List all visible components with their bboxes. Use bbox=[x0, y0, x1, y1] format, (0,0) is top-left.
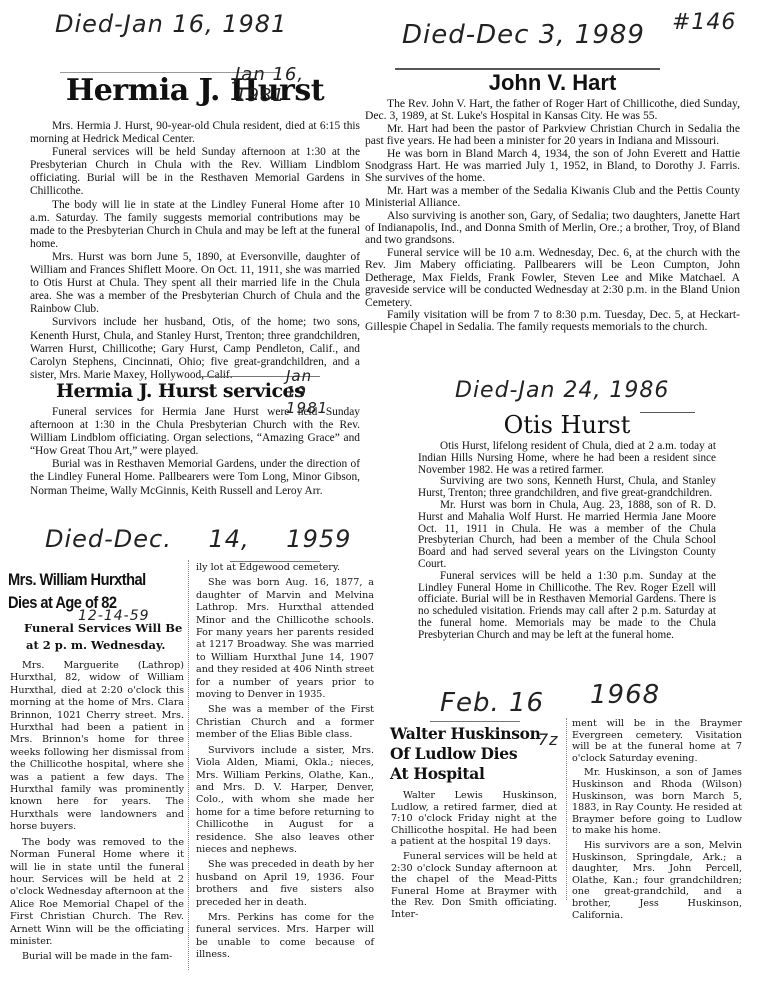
paragraph: Otis Hurst, lifelong resident of Chula, … bbox=[418, 441, 716, 476]
paragraph: Mrs. Hurst was born June 5, 1890, at Eve… bbox=[30, 251, 360, 316]
paragraph: His survivors are a son, Melvin Huskinso… bbox=[572, 840, 742, 921]
paragraph: Surviving are two sons, Kenneth Hurst, C… bbox=[418, 476, 716, 500]
paragraph: Burial will be made in the fam- bbox=[10, 951, 184, 963]
paragraph: Mr. Hurst was born in Chula, Aug. 23, 18… bbox=[418, 500, 716, 571]
obituary-huskinson: Walter Huskinson Of Ludlow Dies At Hospi… bbox=[390, 724, 560, 784]
article-column-2: ily lot at Edgewood cemetery. She was bo… bbox=[196, 562, 374, 965]
obituary-hermia-hurst: Hermia J. Hurst Jan 16, 1981 Mrs. Hermia… bbox=[30, 70, 360, 382]
article-body: Funeral services for Hermia Jane Hurst w… bbox=[30, 406, 360, 498]
paragraph: The body will lie in state at the Lindle… bbox=[30, 199, 360, 251]
headline-line-1: Walter Huskinson bbox=[390, 724, 560, 744]
paragraph: ment will be in the Braymer Evergreen ce… bbox=[572, 718, 742, 764]
paragraph: She was born Aug. 16, 1877, a daughter o… bbox=[196, 577, 374, 701]
headline: Otis Hurst bbox=[418, 410, 716, 440]
handwritten-date: Died-Jan 16, 1981 bbox=[55, 10, 287, 38]
obituary-otis-hurst: Otis Hurst Otis Hurst, lifelong resident… bbox=[418, 410, 716, 642]
paragraph: Mrs. Marguerite (Lathrop) Hurxthal, 82, … bbox=[10, 660, 184, 834]
obituary-hurxthal: Mrs. William Hurxthal Dies at Age of 82 … bbox=[8, 568, 188, 654]
subhead-line-2: at 2 p. m. Wednesday. bbox=[8, 637, 188, 654]
handwritten-date: Feb. 16 bbox=[440, 688, 544, 718]
paragraph: The Rev. John V. Hart, the father of Rog… bbox=[365, 98, 740, 123]
divider bbox=[430, 721, 520, 722]
paragraph: She was preceded in death by her husband… bbox=[196, 859, 374, 909]
margin-note: 12-14-59 bbox=[78, 608, 150, 624]
paragraph: Funeral services will be held at 2:30 o'… bbox=[391, 851, 557, 921]
article-column-2: ment will be in the Braymer Evergreen ce… bbox=[572, 718, 742, 924]
paragraph: Also surviving is another son, Gary, of … bbox=[365, 210, 740, 247]
headline: John V. Hart bbox=[365, 70, 740, 96]
article-body: Mrs. Hermia J. Hurst, 90-year-old Chula … bbox=[30, 120, 360, 382]
headline-line-3: At Hospital bbox=[390, 764, 560, 784]
column-divider bbox=[188, 560, 189, 970]
paragraph: ily lot at Edgewood cemetery. bbox=[196, 562, 374, 574]
column-divider bbox=[566, 718, 567, 900]
paragraph: Mr. Hart was a member of the Sedalia Kiw… bbox=[365, 185, 740, 210]
obituary-hermia-hurst-services: Hermia J. Hurst services Jan 19 1981 Fun… bbox=[30, 378, 360, 498]
obituary-john-hart: John V. Hart The Rev. John V. Hart, the … bbox=[365, 70, 740, 334]
paragraph: Mrs. Hermia J. Hurst, 90-year-old Chula … bbox=[30, 120, 360, 146]
paragraph: Funeral services will be held a 1:30 p.m… bbox=[418, 571, 716, 642]
article-column-1: Mrs. Marguerite (Lathrop) Hurxthal, 82, … bbox=[10, 660, 184, 967]
margin-note: Jan 19 1981 bbox=[286, 368, 336, 416]
headline-line-1: Mrs. William Hurxthal bbox=[8, 568, 163, 591]
margin-note: 7z bbox=[538, 730, 559, 749]
handwritten-date: Died-Dec 3, 1989 bbox=[402, 20, 645, 50]
handwritten-date: Died-Jan 24, 1986 bbox=[455, 378, 669, 403]
paragraph: Burial was in Resthaven Memorial Gardens… bbox=[30, 458, 360, 497]
page-number-annotation: #146 bbox=[672, 10, 736, 35]
paragraph: She was a member of the First Christian … bbox=[196, 704, 374, 741]
margin-note: Jan 16, 1981 bbox=[235, 64, 360, 106]
paragraph: Mr. Hart had been the pastor of Parkview… bbox=[365, 123, 740, 148]
headline-line-2: Of Ludlow Dies bbox=[390, 744, 560, 764]
paragraph: Funeral service will be 10 a.m. Wednesda… bbox=[365, 247, 740, 309]
paragraph: Funeral services will be held Sunday aft… bbox=[30, 146, 360, 198]
article-body: Otis Hurst, lifelong resident of Chula, … bbox=[418, 441, 716, 642]
handwritten-year: 1968 bbox=[590, 680, 660, 710]
paragraph: Family visitation will be from 7 to 8:30… bbox=[365, 309, 740, 334]
paragraph: Survivors include a sister, Mrs. Viola A… bbox=[196, 745, 374, 857]
paragraph: Mr. Huskinson, a son of James Huskinson … bbox=[572, 767, 742, 837]
paragraph: Walter Lewis Huskinson, Ludlow, a retire… bbox=[391, 790, 557, 848]
paragraph: Mrs. Perkins has come for the funeral se… bbox=[196, 912, 374, 962]
handwritten-date: Died-Dec. 14, 1959 bbox=[45, 525, 351, 553]
article-column-1: Walter Lewis Huskinson, Ludlow, a retire… bbox=[391, 790, 557, 924]
article-body: The Rev. John V. Hart, the father of Rog… bbox=[365, 98, 740, 334]
paragraph: He was born in Bland March 4, 1934, the … bbox=[365, 148, 740, 185]
paragraph: The body was removed to the Norman Funer… bbox=[10, 837, 184, 949]
